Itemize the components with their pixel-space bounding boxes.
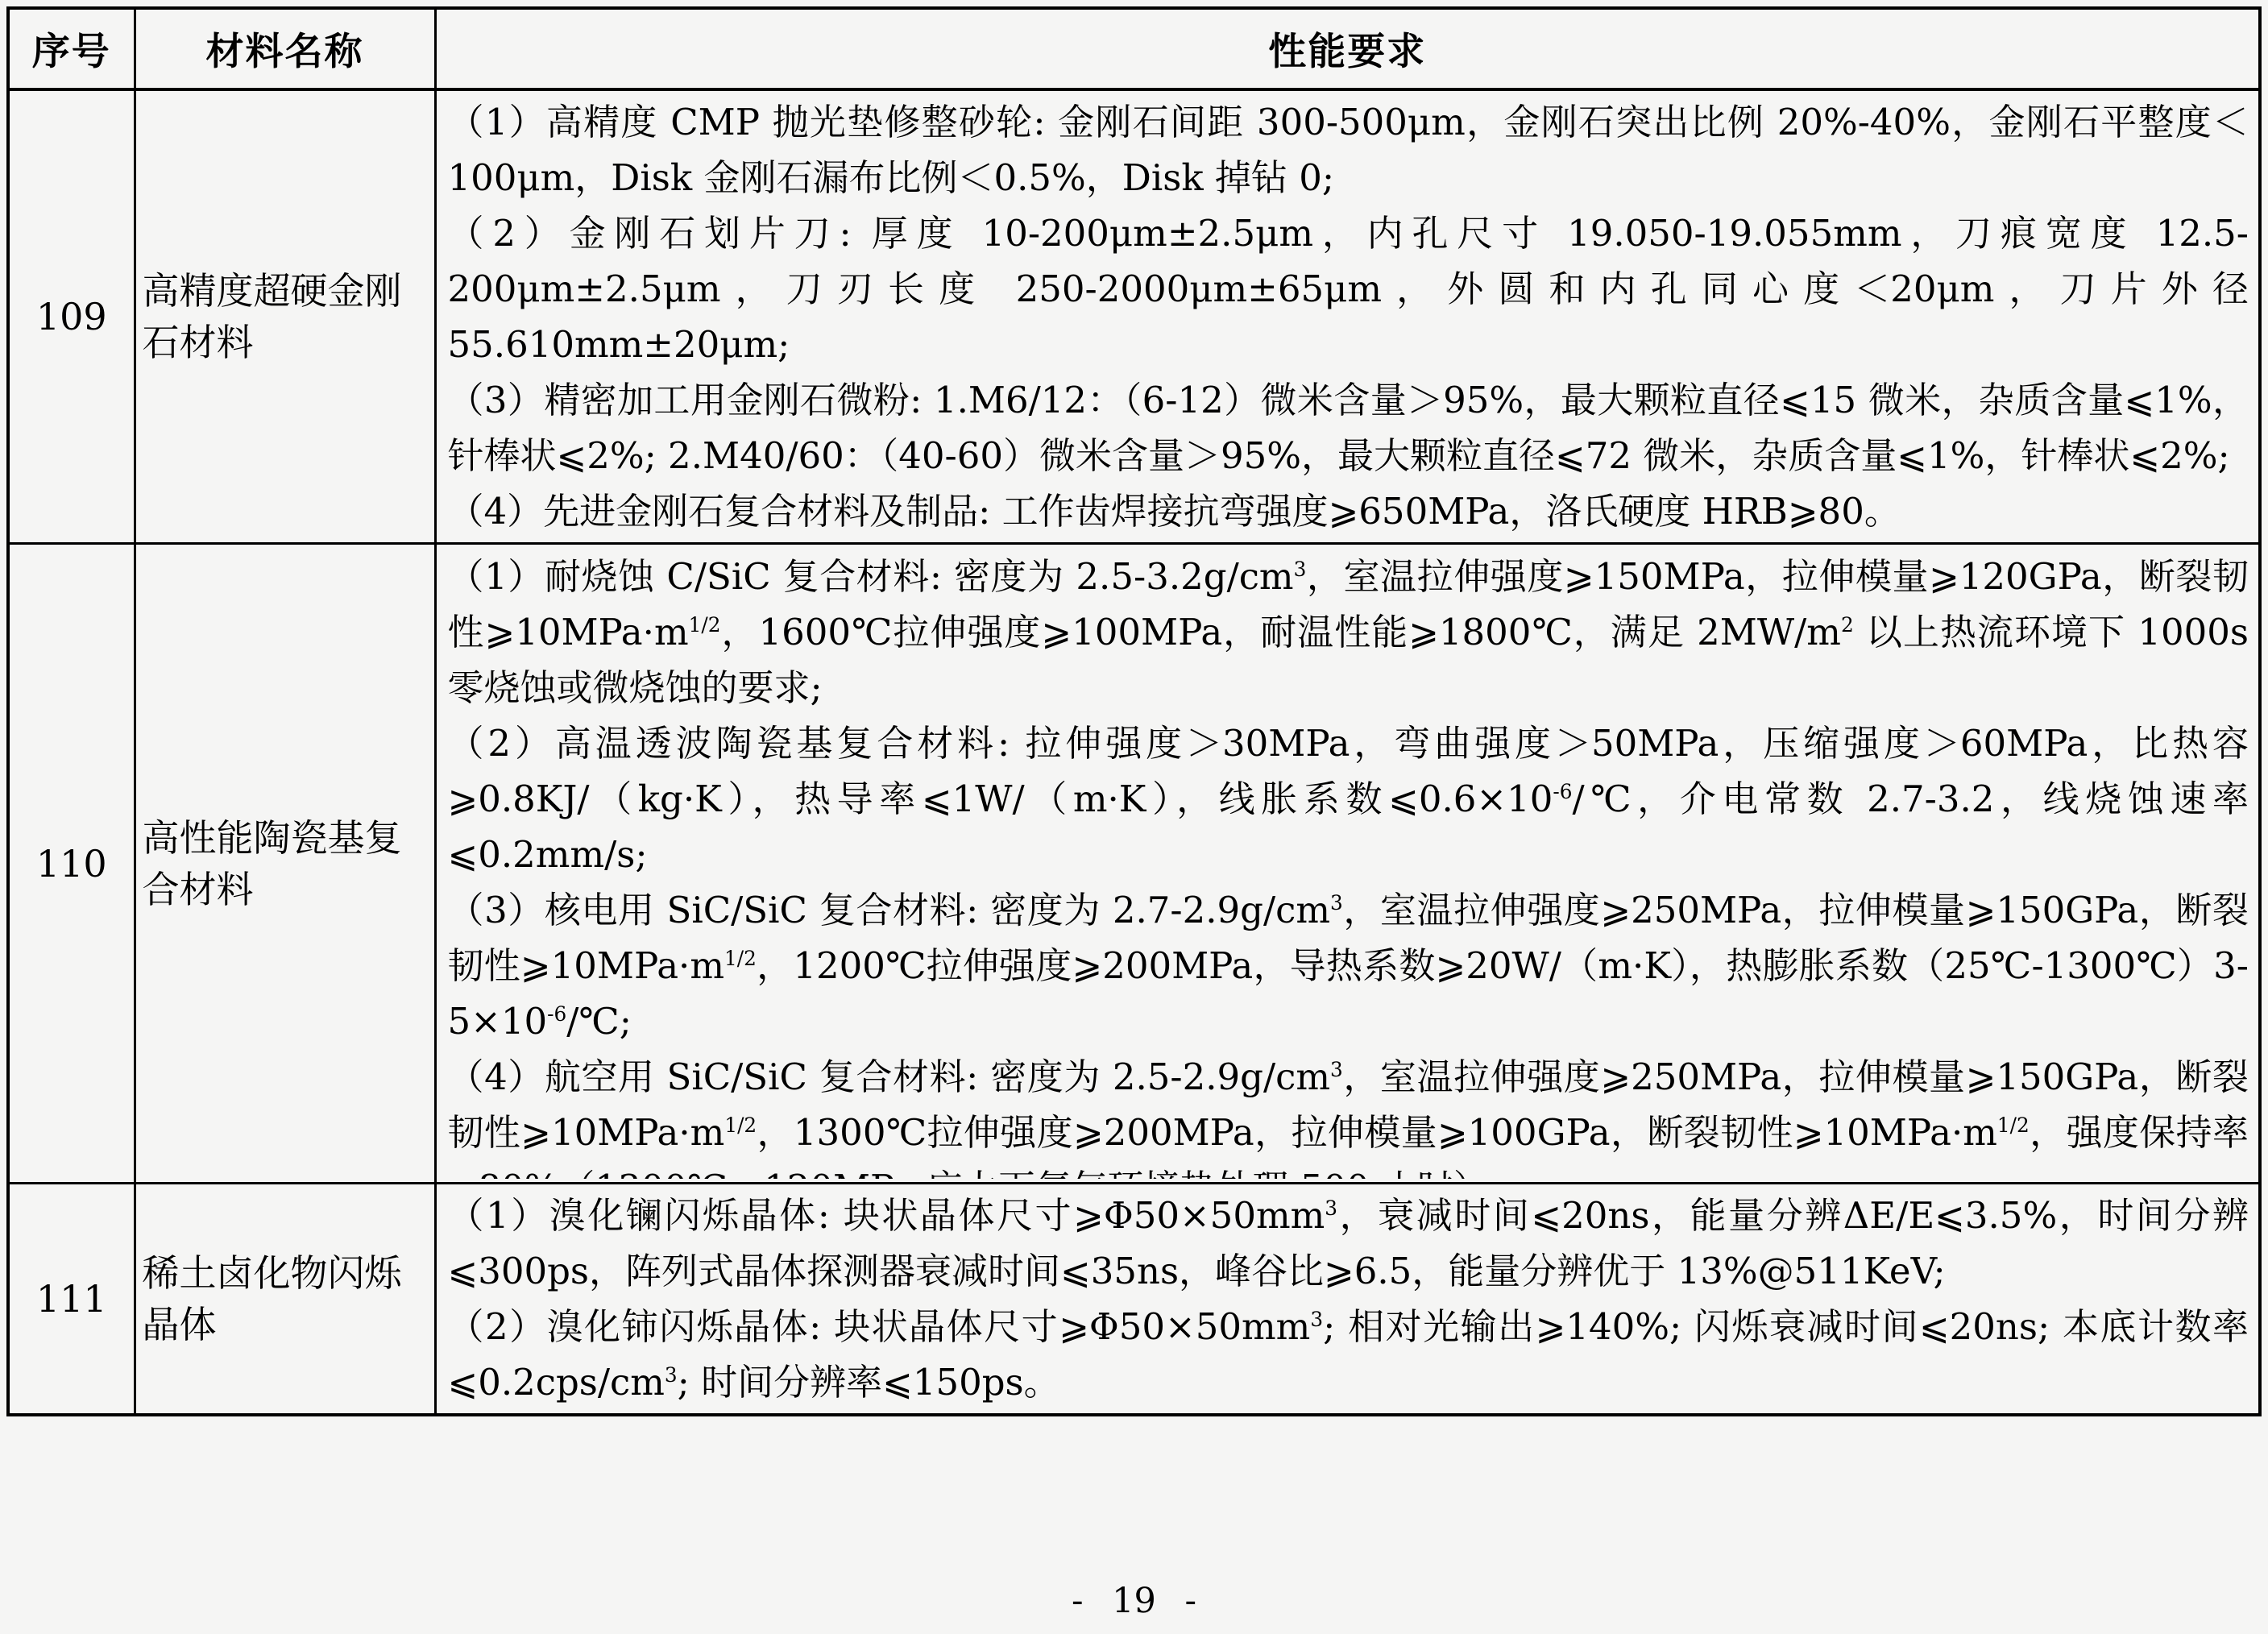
requirements-cell: （1）高精度 CMP 抛光垫修整砂轮: 金刚石间距 300-500μm，金刚石突… <box>435 89 2260 544</box>
column-header-material: 材料名称 <box>135 8 435 89</box>
requirement-item: （1）耐烧蚀 C/SiC 复合材料: 密度为 2.5-3.2g/cm3，室温拉伸… <box>448 549 2249 715</box>
requirement-item: （1）溴化镧闪烁晶体: 块状晶体尺寸⩾Φ50×50mm3，衰减时间⩽20ns，能… <box>448 1188 2249 1299</box>
requirements-cell: （1）耐烧蚀 C/SiC 复合材料: 密度为 2.5-3.2g/cm3，室温拉伸… <box>435 544 2260 1184</box>
requirement-item: （2）高温透波陶瓷基复合材料: 拉伸强度＞30MPa，弯曲强度＞50MPa，压缩… <box>448 715 2249 882</box>
header-row: 序号 材料名称 性能要求 <box>8 8 2260 89</box>
table-row: 109 高精度超硬金刚石材料 （1）高精度 CMP 抛光垫修整砂轮: 金刚石间距… <box>8 89 2260 544</box>
requirements-text: （1）溴化镧闪烁晶体: 块状晶体尺寸⩾Φ50×50mm3，衰减时间⩽20ns，能… <box>448 1188 2249 1410</box>
column-header-requirements: 性能要求 <box>435 8 2260 89</box>
requirement-item: （3）核电用 SiC/SiC 复合材料: 密度为 2.7-2.9g/cm3，室温… <box>448 882 2249 1049</box>
page-number: - 19 - <box>0 1581 2268 1621</box>
requirement-item: （2）溴化铈闪烁晶体: 块状晶体尺寸⩾Φ50×50mm3; 相对光输出⩾140%… <box>448 1299 2249 1410</box>
requirements-cell: （1）溴化镧闪烁晶体: 块状晶体尺寸⩾Φ50×50mm3，衰减时间⩽20ns，能… <box>435 1184 2260 1416</box>
requirement-item: （3）精密加工用金刚石微粉: 1.M6/12：（6-12）微米含量＞95%，最大… <box>448 372 2249 483</box>
requirements-text: （1）高精度 CMP 抛光垫修整砂轮: 金刚石间距 300-500μm，金刚石突… <box>448 94 2249 539</box>
serial-cell: 110 <box>8 544 135 1184</box>
materials-table: 序号 材料名称 性能要求 109 高精度超硬金刚石材料 （1）高精度 CMP 抛… <box>6 6 2262 1416</box>
requirement-item: （4）先进金刚石复合材料及制品: 工作齿焊接抗弯强度⩾650MPa，洛氏硬度 H… <box>448 483 2249 539</box>
serial-cell: 111 <box>8 1184 135 1416</box>
material-cell: 高性能陶瓷基复合材料 <box>135 544 435 1184</box>
table-row: 111 稀土卤化物闪烁晶体 （1）溴化镧闪烁晶体: 块状晶体尺寸⩾Φ50×50m… <box>8 1184 2260 1416</box>
requirement-item: （1）高精度 CMP 抛光垫修整砂轮: 金刚石间距 300-500μm，金刚石突… <box>448 94 2249 205</box>
material-cell: 稀土卤化物闪烁晶体 <box>135 1184 435 1416</box>
requirement-item: （2）金刚石划片刀: 厚度 10-200μm±2.5μm，内孔尺寸 19.050… <box>448 205 2249 372</box>
column-header-serial: 序号 <box>8 8 135 89</box>
serial-cell: 109 <box>8 89 135 544</box>
material-cell: 高精度超硬金刚石材料 <box>135 89 435 544</box>
table-row: 110 高性能陶瓷基复合材料 （1）耐烧蚀 C/SiC 复合材料: 密度为 2.… <box>8 544 2260 1184</box>
requirement-item: （4）航空用 SiC/SiC 复合材料: 密度为 2.5-2.9g/cm3，室温… <box>448 1049 2249 1179</box>
requirements-text: （1）耐烧蚀 C/SiC 复合材料: 密度为 2.5-3.2g/cm3，室温拉伸… <box>448 549 2249 1179</box>
